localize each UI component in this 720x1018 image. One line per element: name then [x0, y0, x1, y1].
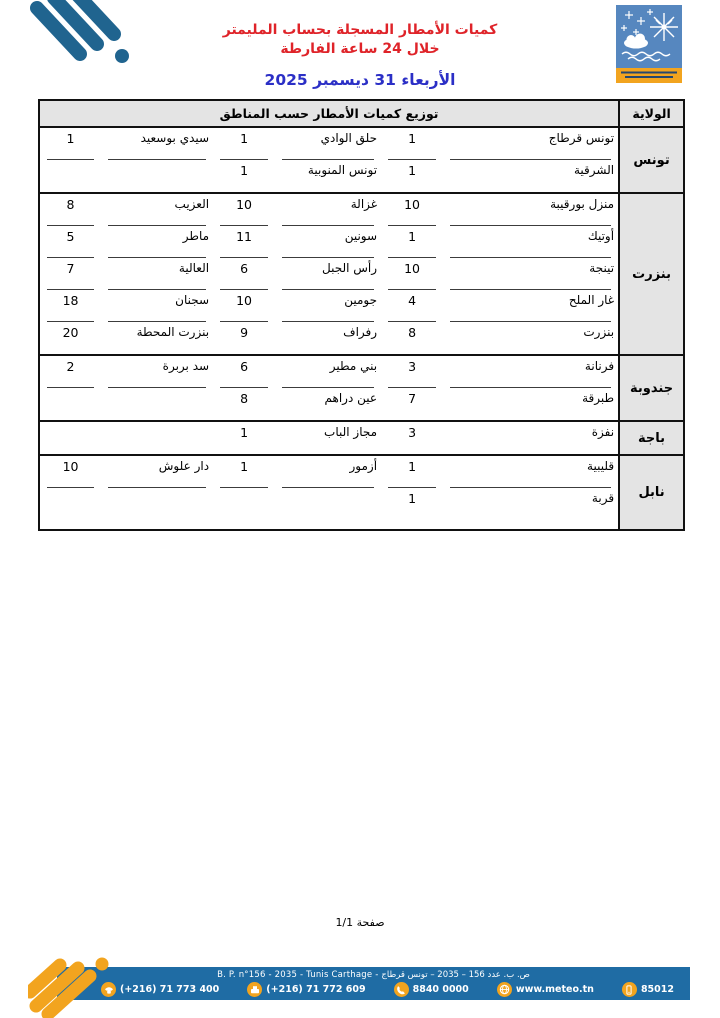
- rain-value-cell: 7: [381, 388, 443, 421]
- station-name-cell: [101, 388, 213, 421]
- station-name-cell: أوتيك: [443, 226, 619, 258]
- rain-value-cell: 1: [39, 127, 101, 160]
- station-name-cell: ماطر: [101, 226, 213, 258]
- station-name-cell: [101, 160, 213, 193]
- station-name-cell: جومين: [275, 290, 381, 322]
- station-name-cell: دار علوش: [101, 455, 213, 488]
- rain-value-cell: [39, 160, 101, 193]
- globe-icon: [497, 982, 512, 997]
- station-name-cell: الشرقية: [443, 160, 619, 193]
- station-name-cell: منزل بورقيبة: [443, 193, 619, 226]
- rain-value-cell: [39, 421, 101, 455]
- rain-value-cell: 1: [213, 421, 275, 455]
- station-name-cell: العزيب: [101, 193, 213, 226]
- rain-value-cell: 7: [39, 258, 101, 290]
- rain-value-cell: 11: [213, 226, 275, 258]
- rain-value-cell: 1: [381, 160, 443, 193]
- rain-value-cell: 10: [381, 193, 443, 226]
- contact-label: (+216) 71 773 400: [120, 984, 219, 995]
- rain-value-cell: 10: [213, 193, 275, 226]
- inm-emblem-logo: [616, 5, 682, 87]
- rain-value-cell: 3: [381, 355, 443, 388]
- rain-value-cell: 4: [381, 290, 443, 322]
- wilaya-header-cell: الولاية: [619, 100, 684, 127]
- station-name-cell: العالية: [101, 258, 213, 290]
- rain-value-cell: 1: [213, 127, 275, 160]
- station-name-cell: [275, 488, 381, 530]
- footer-stripes-logo: [28, 948, 120, 1018]
- rain-value-cell: 3: [381, 421, 443, 455]
- rain-value-cell: 8: [39, 193, 101, 226]
- report-header: كميات الأمطار المسجلة بحساب المليمتر خلا…: [0, 21, 720, 89]
- rain-value-cell: 1: [213, 455, 275, 488]
- station-name-cell: بني مطير: [275, 355, 381, 388]
- station-name-cell: بنزرت المحطة: [101, 322, 213, 355]
- contact-item: 85012: [622, 982, 674, 997]
- rain-value-cell: 1: [213, 160, 275, 193]
- rain-value-cell: 20: [39, 322, 101, 355]
- wilaya-cell: بنزرت: [619, 193, 684, 355]
- report-title-line2: خلال 24 ساعة الفارطة: [0, 40, 720, 59]
- station-name-cell: حلق الوادي: [275, 127, 381, 160]
- rain-value-cell: [39, 488, 101, 530]
- rain-value-cell: 5: [39, 226, 101, 258]
- station-name-cell: بنزرت: [443, 322, 619, 355]
- wilaya-cell: نابل: [619, 455, 684, 530]
- station-name-cell: رأس الجبل: [275, 258, 381, 290]
- rain-value-cell: 10: [381, 258, 443, 290]
- station-name-cell: فرنانة: [443, 355, 619, 388]
- fax-icon: [247, 982, 262, 997]
- wilaya-cell: تونس: [619, 127, 684, 193]
- page-number: صفحة 1/1: [0, 916, 720, 929]
- station-name-cell: تونس قرطاج: [443, 127, 619, 160]
- station-name-cell: عين دراهم: [275, 388, 381, 421]
- rain-value-cell: 1: [381, 455, 443, 488]
- rain-value-cell: 1: [381, 127, 443, 160]
- distribution-header-cell: توزيع كميات الأمطار حسب المناطق: [39, 100, 619, 127]
- wilaya-cell: جندوبة: [619, 355, 684, 421]
- contact-item: (+216) 71 772 609: [247, 982, 365, 997]
- station-name-cell: غار الملح: [443, 290, 619, 322]
- contact-label: 8840 0000: [413, 984, 469, 995]
- station-name-cell: سد بربرة: [101, 355, 213, 388]
- rain-value-cell: 9: [213, 322, 275, 355]
- report-page: { "header": { "title_line1": "كميات الأم…: [0, 0, 720, 1018]
- rain-value-cell: 8: [213, 388, 275, 421]
- stripes-icon: [28, 948, 120, 1018]
- footer-address: B. P. n°156 - 2035 - Tunis Carthage - ص.…: [57, 967, 690, 980]
- station-name-cell: مجاز الباب: [275, 421, 381, 455]
- station-name-cell: تونس المنوبية: [275, 160, 381, 193]
- rain-value-cell: 2: [39, 355, 101, 388]
- station-name-cell: طبرقة: [443, 388, 619, 421]
- station-name-cell: نفزة: [443, 421, 619, 455]
- station-name-cell: رفراف: [275, 322, 381, 355]
- emblem-icon: [616, 5, 682, 83]
- contact-item: 8840 0000: [394, 982, 469, 997]
- station-name-cell: قليبية: [443, 455, 619, 488]
- rain-value-cell: 8: [381, 322, 443, 355]
- station-name-cell: [101, 488, 213, 530]
- wilaya-cell: باجة: [619, 421, 684, 455]
- station-name-cell: تينجة: [443, 258, 619, 290]
- rain-value-cell: 10: [39, 455, 101, 488]
- footer-bar: B. P. n°156 - 2035 - Tunis Carthage - ص.…: [57, 967, 690, 1000]
- report-date: الأربعاء 31 ديسمبر 2025: [0, 71, 720, 89]
- sms-icon: [622, 982, 637, 997]
- station-name-cell: أزمور: [275, 455, 381, 488]
- contact-item: www.meteo.tn: [497, 982, 594, 997]
- station-name-cell: سونين: [275, 226, 381, 258]
- rain-value-cell: 10: [213, 290, 275, 322]
- rain-value-cell: 6: [213, 258, 275, 290]
- station-name-cell: [101, 421, 213, 455]
- rain-value-cell: 18: [39, 290, 101, 322]
- rain-value-cell: 1: [381, 226, 443, 258]
- footer-contacts: (+216) 71 773 400(+216) 71 772 6098840 0…: [57, 980, 690, 997]
- rain-value-cell: [213, 488, 275, 530]
- station-name-cell: سجنان: [101, 290, 213, 322]
- contact-label: (+216) 71 772 609: [266, 984, 365, 995]
- rain-value-cell: 1: [381, 488, 443, 530]
- report-title-line1: كميات الأمطار المسجلة بحساب المليمتر: [0, 21, 720, 40]
- station-name-cell: غزالة: [275, 193, 381, 226]
- rainfall-table: الولاية توزيع كميات الأمطار حسب المناطق …: [38, 99, 685, 531]
- station-name-cell: سيدي بوسعيد: [101, 127, 213, 160]
- station-name-cell: قربة: [443, 488, 619, 530]
- contact-label: 85012: [641, 984, 674, 995]
- contact-label: www.meteo.tn: [516, 984, 594, 995]
- handset-icon: [394, 982, 409, 997]
- rain-value-cell: [39, 388, 101, 421]
- rain-value-cell: 6: [213, 355, 275, 388]
